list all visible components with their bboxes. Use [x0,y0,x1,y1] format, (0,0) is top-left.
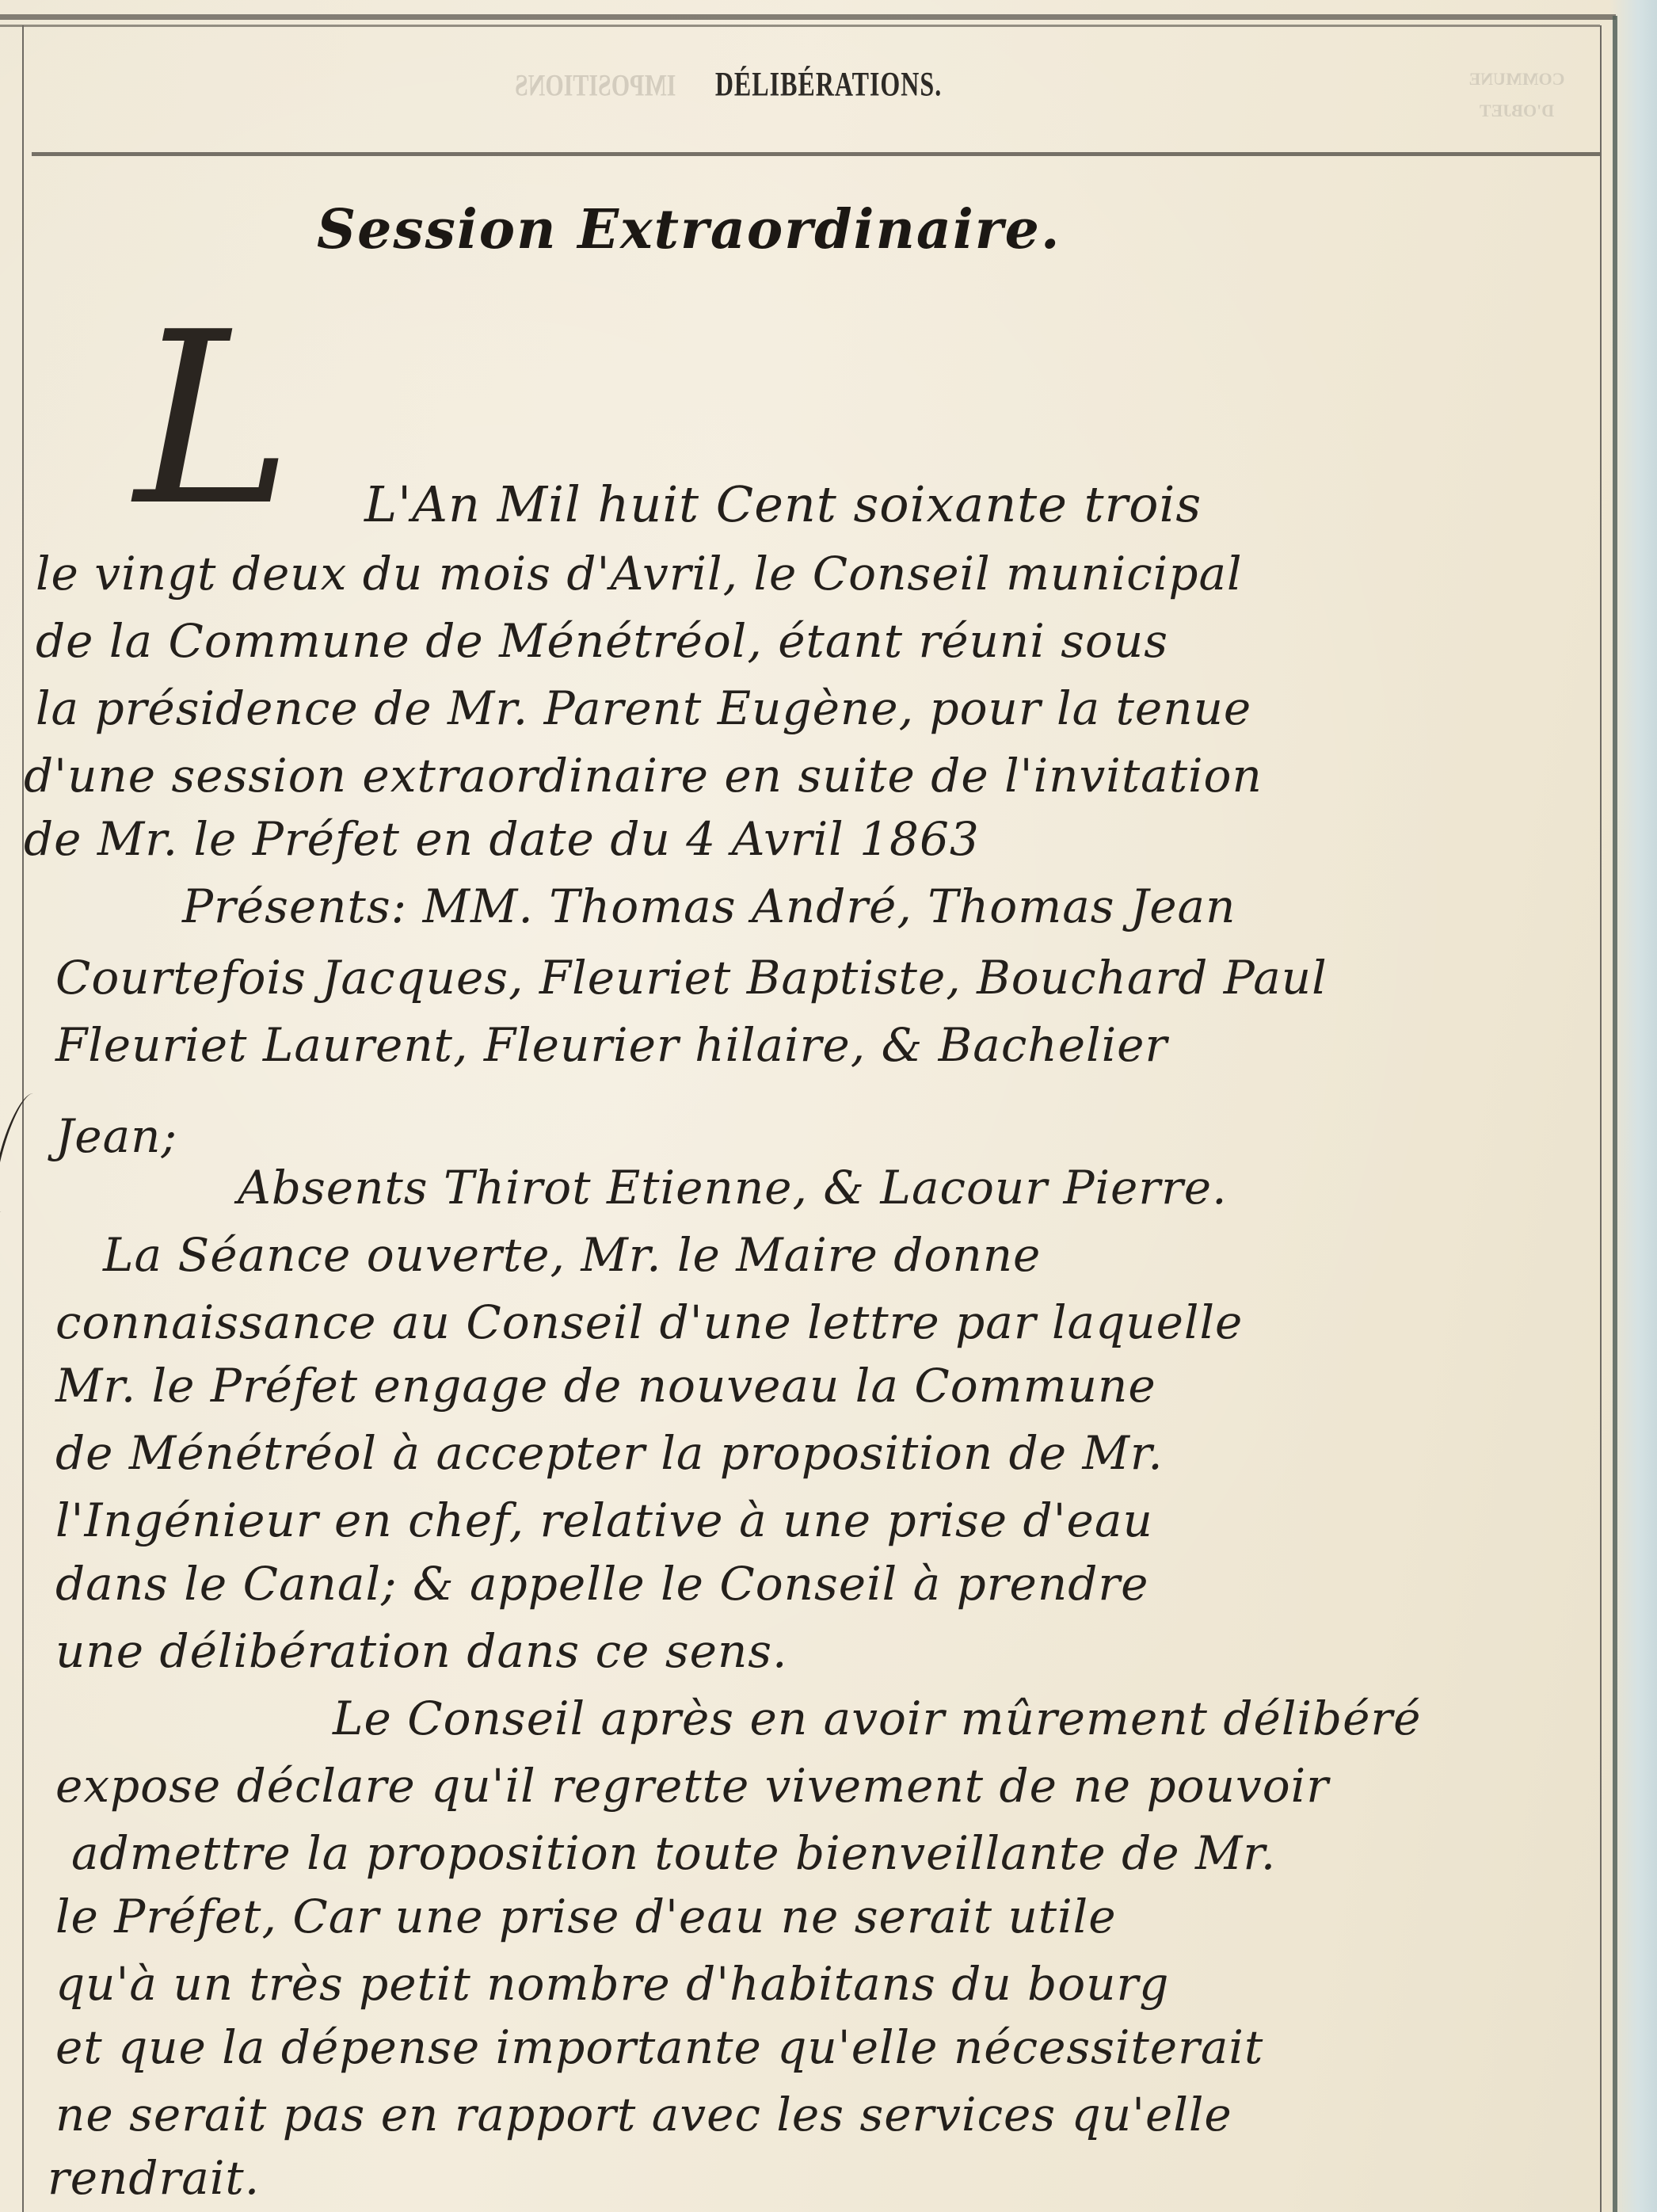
manuscript-line: de Mr. le Préfet en date du 4 Avril 1863 [24,812,980,866]
manuscript-line: Jean; [55,1109,177,1163]
manuscript-line: L'An Mil huit Cent soixante trois [364,475,1202,533]
margin-flourish [0,1093,50,1212]
manuscript-line: la présidence de Mr. Parent Eugène, pour… [36,681,1251,735]
manuscript-line: connaissance au Conseil d'une lettre par… [55,1295,1243,1349]
header-rule [32,152,1600,156]
manuscript-line: Mr. le Préfet engage de nouveau la Commu… [55,1359,1156,1413]
manuscript-line: d'une session extraordinaire en suite de… [24,749,1263,803]
manuscript-line: Présents: MM. Thomas André, Thomas Jean [182,879,1236,933]
manuscript-line: une délibération dans ce sens. [55,1624,788,1678]
manuscript-line: de la Commune de Ménétréol, étant réuni … [36,614,1168,668]
manuscript-line: Le Conseil après en avoir mûrement délib… [333,1691,1421,1745]
top-border-thin-rule [0,25,1600,27]
manuscript-line: le Préfet, Car une prise d'eau ne serait… [55,1890,1117,1943]
manuscript-line: qu'à un très petit nombre d'habitans du … [55,1957,1169,2011]
manuscript-line: et que la dépense importante qu'elle néc… [55,2020,1263,2074]
manuscript-line: dans le Canal; & appelle le Conseil à pr… [55,1557,1148,1611]
right-margin-rule [1600,25,1602,2212]
manuscript-line: La Séance ouverte, Mr. le Maire donne [103,1228,1041,1282]
manuscript-line: ne serait pas en rapport avec les servic… [55,2088,1232,2141]
manuscript-line: le vingt deux du mois d'Avril, le Consei… [36,547,1243,601]
manuscript-page: IMPOSITIONS COMMUNE D'OBJET DÉLIBÉRATION… [0,0,1657,2212]
page-header-title: DÉLIBÉRATIONS. [0,65,1657,105]
manuscript-line: Courtefois Jacques, Fleuriet Baptiste, B… [55,951,1328,1005]
session-heading: Session Extraordinaire. [317,198,1061,261]
manuscript-line: de Ménétréol à accepter la proposition d… [55,1426,1164,1480]
manuscript-line: l'Ingénieur en chef, relative à une pris… [55,1493,1153,1547]
manuscript-line: Fleuriet Laurent, Fleurier hilaire, & Ba… [55,1018,1168,1072]
manuscript-line: admettre la proposition toute bienveilla… [71,1826,1276,1880]
manuscript-line: Absents Thirot Etienne, & Lacour Pierre. [238,1161,1228,1215]
top-border-rule [0,14,1616,20]
right-border-rule [1613,16,1617,2212]
manuscript-line: expose déclare qu'il regrette vivement d… [55,1759,1329,1813]
decorative-initial: L [135,301,292,539]
manuscript-line: rendrait. [48,2151,260,2205]
